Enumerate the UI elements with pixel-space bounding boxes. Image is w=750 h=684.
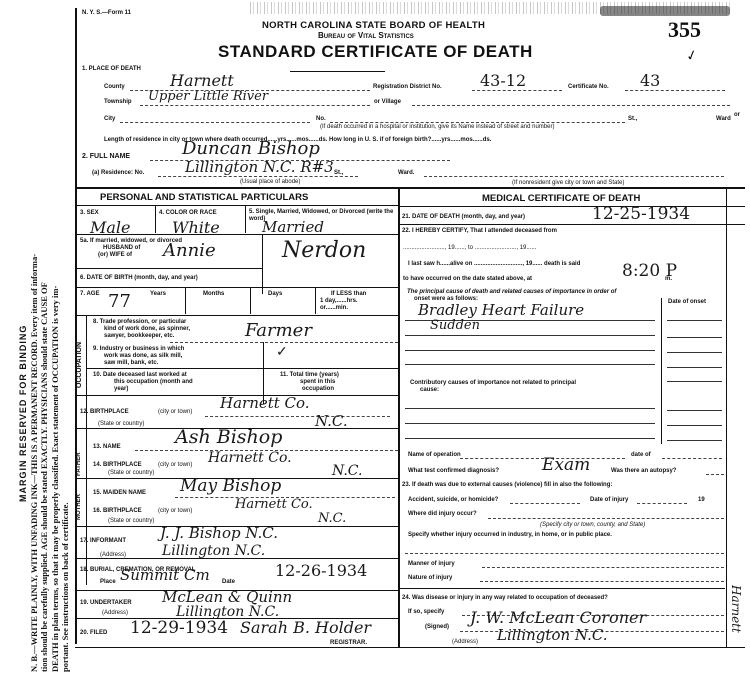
city-label: City (104, 116, 115, 122)
m-label: m. (665, 276, 672, 282)
autopsy-line (706, 474, 724, 475)
accident-line (510, 503, 580, 504)
cause-line-2 (405, 335, 655, 336)
contributory-label-1: Contributory causes of importance not re… (410, 380, 576, 386)
nature-label: Nature of injury (408, 575, 452, 581)
informant-address-value[interactable]: Lillington N.C. (162, 544, 265, 558)
trade-label-3: sawyer, bookkeeper, etc. (104, 333, 174, 339)
personal-section-title: PERSONAL AND STATISTICAL PARTICULARS (100, 193, 308, 203)
accident-label: Accident, suicide, or homicide? (408, 497, 498, 503)
external-causes-label: 23. If death was due to external causes … (402, 482, 612, 488)
divider (155, 205, 156, 233)
residence-line (158, 176, 358, 177)
margin-line-3: DEATH in plain terms, so that it may be … (50, 254, 61, 672)
divider (86, 315, 87, 585)
divider (75, 234, 398, 235)
injury-date-label: Date of injury (590, 497, 628, 503)
divider (400, 224, 745, 225)
divider (315, 287, 316, 314)
mother-bp-state-hint: (State or country) (108, 518, 154, 524)
onset-line-6 (667, 410, 722, 411)
industry-label-1: 9. Industry or business in which (93, 346, 184, 352)
township-line (140, 105, 370, 106)
birthplace-city-value[interactable]: Harnett Co. (220, 396, 310, 411)
page-title: STANDARD CERTIFICATE OF DEATH (218, 43, 533, 60)
divider (185, 287, 186, 314)
section-top-border (75, 187, 745, 189)
or-label: or (734, 112, 740, 118)
divider (400, 206, 745, 207)
form-left-border (75, 8, 77, 644)
burial-place-value[interactable]: Summit Cm (120, 568, 210, 583)
signer-address-value[interactable]: Lillington N.C. (497, 628, 608, 643)
industry-home-label: Specify whether injury occurred in indus… (408, 532, 612, 538)
divider (400, 588, 725, 589)
residence-value[interactable]: Lillington N.C. R#3 (185, 160, 334, 175)
margin-line-4: portant. See instructions on back of cer… (60, 254, 71, 672)
informant-label: 17. INFORMANT (80, 538, 126, 544)
occupation-related-label: 24. Was disease or injury in any way rel… (402, 595, 608, 601)
district-value[interactable]: 43-12 (480, 73, 526, 89)
diagnosis-value[interactable]: Exam (542, 457, 590, 474)
mother-name-value[interactable]: May Bishop (180, 478, 281, 495)
mother-bp-label: 16. BIRTHPLACE (93, 508, 142, 514)
operation-label: Name of operation (408, 452, 461, 458)
industry-value[interactable]: ✓ (276, 345, 288, 359)
burial-date-label: Date (222, 579, 235, 585)
filed-date-value[interactable]: 12-29-1934 (130, 620, 228, 637)
divider (262, 234, 263, 294)
occurred-label: to have occurred on the date stated abov… (403, 276, 532, 282)
margin-line-2: tion should be carefully supplied. AGE s… (39, 254, 50, 672)
district-line (472, 90, 562, 91)
lastworked-label-1: 10. Date deceased last worked at (93, 372, 187, 378)
birthplace-line (205, 416, 390, 417)
father-name-label: 13. NAME (93, 444, 121, 450)
age-label: 7. AGE (80, 291, 99, 297)
village-line (412, 105, 730, 106)
industry-label-3: saw mill, bank, etc. (104, 360, 158, 366)
years-label: Years (150, 291, 166, 297)
specify-place-note: (Specify city or town, county, and State… (540, 522, 645, 528)
dod-label: 21. DATE OF DEATH (month, day, and year) (402, 214, 525, 220)
father-bp-label: 14. BIRTHPLACE (93, 462, 142, 468)
signed-value[interactable]: J. W. McLean Coroner (470, 610, 646, 626)
bureau-name: Bureau of Vital Statistics (318, 32, 414, 40)
city-line (120, 122, 310, 123)
certificate-line (625, 90, 725, 91)
margin-county-note: Harnett (730, 585, 742, 633)
mother-vertical-label: MOTHER (76, 494, 82, 520)
onset-line-1 (667, 320, 722, 321)
registrar-label: REGISTRAR. (330, 640, 367, 646)
margin-instructions: MARGIN RESERVED FOR BINDING N. B.—WRITE … (18, 254, 71, 672)
birthplace-state-hint: (State or country) (98, 421, 144, 427)
industry-home-line (405, 553, 724, 554)
st-label: St., (628, 116, 637, 122)
spouse-label-2: HUSBAND of (103, 245, 140, 251)
specify-label: If so, specify (408, 609, 444, 615)
check-mark-icon: ✓ (684, 46, 700, 65)
onset-line-7 (667, 425, 722, 426)
dod-value[interactable]: 12-25-1934 (592, 206, 690, 223)
divider (86, 368, 398, 369)
less-than-label-1: If LESS than (331, 291, 366, 297)
county-label: County (104, 84, 125, 90)
township-value[interactable]: Upper Little River (148, 90, 268, 103)
autopsy-label: Was there an autopsy? (611, 468, 676, 474)
less-than-label-3: or......min. (320, 305, 348, 311)
certificate-value[interactable]: 43 (640, 73, 660, 89)
full-name-value[interactable]: Duncan Bishop (182, 140, 320, 158)
manner-line (482, 567, 724, 568)
certify-label: 22. I HEREBY CERTIFY, That I attended de… (402, 228, 557, 234)
district-label: Registration District No. (373, 84, 442, 90)
father-name-value[interactable]: Ash Bishop (175, 428, 282, 447)
divider (250, 287, 251, 314)
father-bp-state-hint: (State or country) (108, 470, 154, 476)
medical-section-title: MEDICAL CERTIFICATE OF DEATH (482, 194, 640, 204)
less-than-label-2: 1 day,......hrs. (320, 298, 358, 304)
injury-where-label: Where did injury occur? (408, 511, 477, 517)
residence-label: (a) Residence: No. (92, 170, 144, 176)
onset-line-4 (667, 367, 722, 368)
injury-where-line (488, 518, 724, 519)
divider (75, 205, 398, 206)
certificate-label: Certificate No. (568, 84, 609, 90)
last-saw-line: I last saw h......alive on .............… (408, 261, 580, 267)
village-label: or Village (374, 99, 401, 105)
onset-line-3 (667, 352, 722, 353)
father-vertical-label: FATHER (76, 452, 82, 476)
operation-date-label: date of (631, 452, 651, 458)
divider (75, 287, 398, 288)
contributory-line-2 (405, 423, 655, 424)
birthplace-city-hint: (city or town) (158, 409, 192, 415)
trade-value[interactable]: Farmer (245, 322, 312, 340)
industry-label-2: work was done, as silk mill, (104, 353, 182, 359)
spouse-first-value[interactable]: Annie (163, 242, 216, 260)
onset-line-5 (667, 381, 722, 382)
manner-label: Manner of injury (408, 561, 455, 567)
cause-line-4 (405, 364, 655, 365)
birthplace-state-value[interactable]: N.C. (315, 414, 348, 429)
contributory-line-1 (405, 408, 655, 409)
burial-place-label: Place (100, 579, 116, 585)
diagnosis-label: What test confirmed diagnosis? (408, 468, 499, 474)
residence-ward-label: Ward. (398, 170, 414, 176)
trade-line (170, 342, 398, 343)
signer-address-label: (Address) (452, 639, 478, 645)
father-bp-state-value[interactable]: N.C. (332, 464, 362, 478)
undertaker-label: 19. UNDERTAKER (80, 600, 132, 606)
ward-label: Ward (716, 116, 731, 122)
father-bp-city-value[interactable]: Harnett Co. (208, 451, 292, 465)
age-value[interactable]: 77 (108, 293, 131, 311)
totaltime-label-3: occupation (302, 386, 334, 392)
contributory-label-2: cause: (420, 387, 439, 393)
spouse-label-3: (or) WIFE of (98, 252, 132, 258)
divider (75, 268, 262, 269)
street-line (330, 122, 625, 123)
mother-name-label: 15. MAIDEN NAME (93, 490, 146, 496)
ward-line (424, 176, 724, 177)
operation-date-line (662, 458, 722, 459)
place-of-death-label: 1. PLACE OF DEATH (82, 66, 141, 72)
scan-smudge (600, 6, 730, 16)
burial-date-value[interactable]: 12-26-1934 (275, 563, 367, 579)
abode-note: (Usual place of abode) (240, 179, 300, 185)
divider (75, 315, 398, 316)
trade-label-2: kind of work done, as spinner, (104, 326, 190, 332)
cause-line-3 (405, 350, 655, 351)
nonresident-note: (If nonresident give city or town and St… (512, 180, 624, 186)
from-to-line: ........................., 19......, to … (403, 245, 536, 251)
divider (290, 71, 385, 72)
filed-label: 20. FILED (80, 630, 107, 636)
signed-label: (Signed) (425, 624, 449, 630)
onset-line-2 (667, 337, 722, 338)
totaltime-label-1: 11. Total time (years) (280, 372, 339, 378)
onset-line-8 (667, 440, 722, 441)
totaltime-label-2: spent in this (300, 379, 335, 385)
days-label: Days (268, 291, 282, 297)
marital-value[interactable]: Married (262, 220, 324, 235)
mother-bp-city-hint: (city or town) (158, 508, 192, 514)
undertaker-address-label: (Address) (102, 610, 128, 616)
injury-year-label: 19 (698, 497, 705, 503)
onset-column-divider (661, 298, 662, 444)
sex-label: 3. SEX (80, 210, 99, 216)
township-label: Township (104, 99, 132, 105)
occupation-vertical-label: OCCUPATION (76, 342, 83, 388)
center-divider (398, 187, 400, 647)
onset-label: Date of onset (668, 299, 706, 305)
cause-2-value[interactable]: Sudden (430, 319, 480, 332)
undertaker-value[interactable]: McLean & Quinn (162, 590, 292, 605)
spouse-last-value[interactable]: Nerdon (282, 240, 366, 262)
race-label: 4. COLOR OR RACE (159, 210, 217, 216)
father-bp-city-hint: (city or town) (158, 462, 192, 468)
undertaker-address-value[interactable]: Lillington N.C. (176, 605, 279, 619)
form-right-border (726, 187, 727, 647)
margin-line-1: N. B.—WRITE PLAINLY, WITH UNFADING INK—T… (29, 254, 40, 672)
mother-bp-city-value[interactable]: Harnett Co. (235, 498, 313, 511)
hospital-note: (If death occurred in a hospital or inst… (320, 124, 554, 130)
form-code: N. Y. S.—Form 11 (82, 10, 131, 16)
form-bottom-border (75, 647, 745, 648)
divider (245, 205, 246, 233)
lastworked-label-3: year) (114, 386, 128, 392)
residence-st-label: St., (334, 170, 343, 176)
informant-value[interactable]: J. J. Bishop N.C. (160, 526, 278, 541)
stamp-number: 355 (668, 17, 701, 43)
cause-1-value[interactable]: Bradley Heart Failure (418, 303, 584, 318)
dob-label: 6. DATE OF BIRTH (month, day, and year) (80, 275, 198, 281)
cause-label-1: The principal cause of death and related… (407, 289, 616, 295)
months-label: Months (203, 291, 224, 297)
registrar-signature[interactable]: Sarah B. Holder (240, 620, 371, 636)
divider (75, 558, 398, 559)
margin-binding: MARGIN RESERVED FOR BINDING (18, 254, 29, 672)
full-name-label: 2. FULL NAME (82, 153, 130, 160)
contributory-line-3 (405, 438, 655, 439)
mother-bp-state-value[interactable]: N.C. (318, 512, 346, 525)
birthplace-label: 12. BIRTHPLACE (80, 409, 129, 415)
lastworked-label-2: this occupation (month and (114, 379, 193, 385)
injury-date-line (637, 503, 687, 504)
trade-label-1: 8. Trade profession, or particular (93, 319, 186, 325)
no-label: No. (316, 116, 326, 122)
county-value[interactable]: Harnett (170, 73, 234, 89)
agency-name: NORTH CAROLINA STATE BOARD OF HEALTH (262, 21, 485, 31)
nature-line (480, 581, 724, 582)
